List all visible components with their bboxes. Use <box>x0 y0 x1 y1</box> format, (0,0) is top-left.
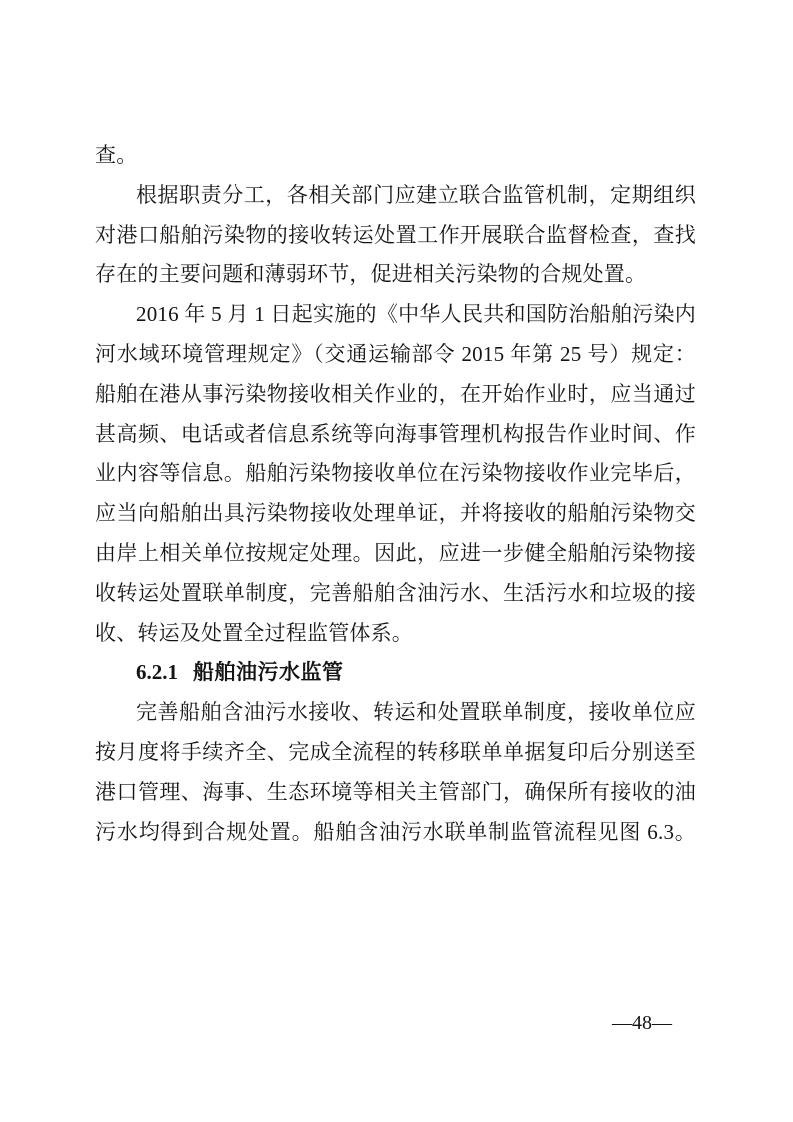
body-line: 船舶在港从事污染物接收相关作业的，在开始作业时，应当通过 <box>95 375 696 415</box>
body-line: 由岸上相关单位按规定处理。因此，应进一步健全船舶污染物接 <box>95 534 696 574</box>
section-heading: 6.2.1船舶油污水监管 <box>95 653 696 693</box>
body-line: 存在的主要问题和薄弱环节，促进相关污染物的合规处置。 <box>95 255 696 295</box>
body-line: 2016 年 5 月 1 日起实施的《中华人民共和国防治船舶污染内 <box>95 295 696 335</box>
section-title: 船舶油污水监管 <box>193 660 344 684</box>
body-line: 污水均得到合规处置。船舶含油污水联单制监管流程见图 6.3。 <box>95 813 696 853</box>
body-line: 按月度将手续齐全、完成全流程的转移联单单据复印后分别送至 <box>95 733 696 773</box>
body-line: 应当向船舶出具污染物接收处理单证，并将接收的船舶污染物交 <box>95 494 696 534</box>
body-line: 业内容等信息。船舶污染物接收单位在污染物接收作业完毕后， <box>95 454 696 494</box>
body-line: 查。 <box>95 136 696 176</box>
document-page: 查。 根据职责分工，各相关部门应建立联合监管机制，定期组织 对港口船舶污染物的接… <box>0 0 793 1122</box>
section-number: 6.2.1 <box>136 660 178 684</box>
body-line: 完善船舶含油污水接收、转运和处置联单制度，接收单位应 <box>95 693 696 733</box>
body-line: 根据职责分工，各相关部门应建立联合监管机制，定期组织 <box>95 176 696 216</box>
body-line: 港口管理、海事、生态环境等相关主管部门，确保所有接收的油 <box>95 773 696 813</box>
body-line: 收转运处置联单制度，完善船舶含油污水、生活污水和垃圾的接 <box>95 574 696 614</box>
page-body: 查。 根据职责分工，各相关部门应建立联合监管机制，定期组织 对港口船舶污染物的接… <box>95 136 696 852</box>
body-line: 甚高频、电话或者信息系统等向海事管理机构报告作业时间、作 <box>95 415 696 455</box>
page-number: —48— <box>612 1009 672 1037</box>
body-line: 对港口船舶污染物的接收转运处置工作开展联合监督检查，查找 <box>95 216 696 256</box>
body-line: 收、转运及处置全过程监管体系。 <box>95 614 696 654</box>
body-line: 河水域环境管理规定》（交通运输部令 2015 年第 25 号）规定： <box>95 335 696 375</box>
